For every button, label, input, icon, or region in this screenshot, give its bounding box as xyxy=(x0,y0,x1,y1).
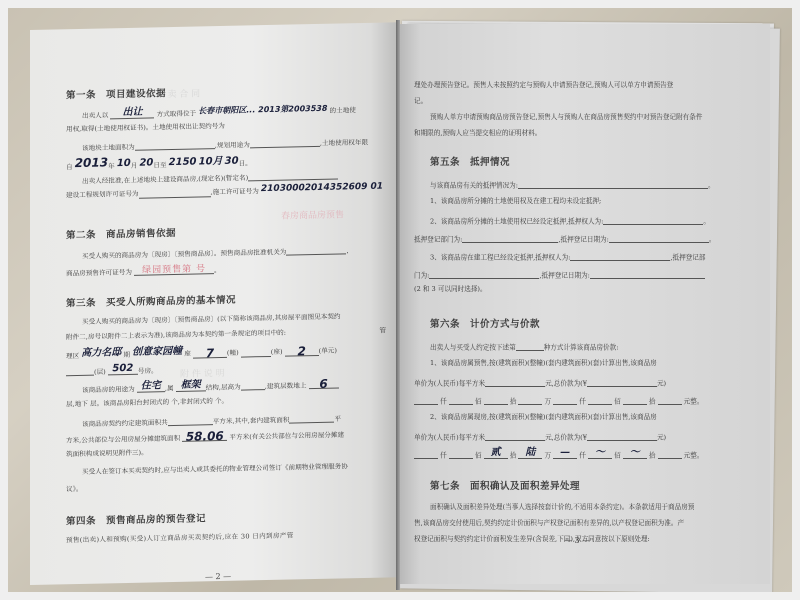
article7-line2: 售,该商品房交付使用后,契约约定计价面积与产权登记面积有差异的,以产权登记面积为… xyxy=(414,520,684,527)
cont-line4: 和期限的,预购人应当提交相应的证明材料。 xyxy=(414,130,541,137)
article3-line10: 买受人在签订本买卖契约时,应与出卖人或其委托的物业管理公司签订《前期物业管理服务… xyxy=(82,463,348,475)
amount-blank xyxy=(518,396,542,405)
amount-blank xyxy=(449,450,473,459)
amount-blank: 贰 xyxy=(484,450,508,459)
article6-m1-line2: 单价为(人民币)每平方米元,总价款为(¥元) xyxy=(414,378,666,387)
handwritten-shared-area: 58.06 xyxy=(186,429,224,444)
amount-blank: ～ xyxy=(588,450,612,459)
book-spine xyxy=(396,20,400,590)
amount-blank xyxy=(623,396,647,405)
article7-line3: 权登记面积与契约约定计价面积发生差异(含误差,下同),双方同意按以下原则处理: xyxy=(414,536,650,543)
article3-line1: 买受人购买的商品房为〔现房〕〔预售商品房〕(以下简称该商品房,其房屋平面图见本契… xyxy=(82,313,341,325)
article1-heading: 第一条项目建设依据 xyxy=(66,89,166,101)
page-number-left: — 2 — xyxy=(205,572,231,582)
article2-line2: 商品房预售许可证号为 绿园预售第 号。 xyxy=(66,265,221,277)
article6-heading: 第六条计价方式与价款 xyxy=(430,320,540,330)
article6-m2-line2: 单价为(人民币)每平方米元,总价款为(¥元) xyxy=(414,432,666,441)
cont-line3: 预购人单方申请预购商品房预告登记,预售人与预购人在商品房预售契约中对预告登记附有… xyxy=(430,114,702,121)
article3-line6: 层,地下 层。该商品房阳台封闭式的 个,非封闭式的 个。 xyxy=(66,398,228,408)
cont-line1: 理处办理预告登记。预售人未按照约定与预购人申请预告登记,预购人可以单方申请预告登 xyxy=(414,82,673,89)
amount-blank xyxy=(414,396,438,405)
article5-line1: 与该商品房有关的抵押情况为:。 xyxy=(430,180,715,189)
article5-heading: 第五条抵押情况 xyxy=(430,158,510,168)
article5-item3b: 门为:,抵押登记日期为: xyxy=(414,270,705,279)
article3-line8: 方米,公共部位与公用房屋分摊建筑面积 58.06 平方米(有关公共部位与公用房屋… xyxy=(66,429,344,444)
cont-line2: 记。 xyxy=(414,98,427,105)
article1-line3: 该地块土地面积为,规划用途为,土地使用权年限 xyxy=(82,137,368,152)
article3-line4: (层) 502号房。 xyxy=(66,365,158,376)
article6-m2-line1: 2、该商品房属现房,按(建筑面积)(整幢)(套内建筑面积)(套)计算出售,该商品… xyxy=(430,414,657,421)
presale-permit-stamp: 绿园预售第 号 xyxy=(142,264,206,275)
amount-blank xyxy=(658,396,682,405)
article7-heading: 第七条面积确认及面积差异处理 xyxy=(430,482,580,492)
article2-line1: 买受人购买的商品房为〔现房〕〔预售商品房〕。预售商品房批准机关为， xyxy=(82,245,353,260)
article5-note: (2 和 3 可以同时选择)。 xyxy=(414,286,487,293)
amount-blank: — xyxy=(553,450,577,459)
article3-line3: 理区 高力名邸 期 创意家园幢 座 7(幢) (座) 2(单元) xyxy=(66,346,337,362)
amount-blank: 陆 xyxy=(518,450,542,459)
handwritten-land-location: 长春市朝阳区... 2013第2003538 xyxy=(198,104,327,116)
article6-m1-line1: 1、该商品房属预售,按(建筑面积)(整幢)(套内建筑面积)(套)计算出售,该商品… xyxy=(430,360,657,367)
amount-blank xyxy=(588,396,612,405)
article5-item1: 1、该商品房所分摊的土地使用权及在建工程均未设定抵押; xyxy=(430,198,601,205)
article3-heading: 第三条买受人所购商品房的基本情况 xyxy=(66,296,236,309)
amount-blank xyxy=(449,396,473,405)
article6-m1-amount: 仟 佰 拾 万 仟 佰 拾 元整。 xyxy=(414,396,703,405)
article2-heading: 第二条商品房销售依据 xyxy=(66,229,176,241)
article3-line5: 该商品房的用途为 住宅,属 框架结构,层高为,建筑层数地上 6 xyxy=(82,380,339,394)
article4-heading: 第四条预售商品房的预告登记 xyxy=(66,514,206,526)
article7-line1: 面积确认及面积差异处理(当事人选择按套计价的,不适用本条约定)。本条款适用于商品… xyxy=(430,504,694,511)
left-page: 商 品 房 买 卖 合 同 附 件 说 明 第一条项目建设依据 出卖人以 出让 … xyxy=(30,22,400,585)
article6-m2-amount: 仟 佰 贰 拾 陆 万 — 仟 ～ 佰 ～ 拾 元整。 xyxy=(414,450,703,459)
article5-item3: 3、该商品房在建工程已经设定抵押,抵押权人为:,抵押登记部 xyxy=(430,252,705,261)
page-number-right: — 3 — xyxy=(564,536,590,545)
article5-item2: 2、该商品房所分摊的土地使用权已经设定抵押,抵押权人为:。 xyxy=(430,216,710,225)
article1-line2: 用权,取得(土地使用权证书)。土地使用权出让契约号为 xyxy=(66,123,225,133)
article3-line11: 议》。 xyxy=(66,486,82,493)
article1-line6: 建设工程规划许可证号为,施工许可证号为 21030002014352609 01 xyxy=(66,185,383,201)
article3-line2: 附件二,房号以附件二上表示为准),该商品房为本契约第一条规定的项目中的: 管 xyxy=(66,328,386,341)
handwritten-construction-permit: 21030002014352609 01 xyxy=(261,182,383,195)
right-page: 理处办理预告登记。预售人未按照约定与预购人申请预告登记,预购人可以单方申请预告登… xyxy=(398,24,770,584)
article6-line1: 出卖人与买受人约定按下述第种方式计算该商品房价款: xyxy=(430,342,618,351)
article1-line1: 出卖人以 出让 的土地使 方式取得位于 长春市朝阳区... 2013第20035… xyxy=(82,105,356,120)
amount-blank xyxy=(553,396,577,405)
article4-line1: 预售(出卖)人和预购(买受)人订立商品房买卖契约后,应在 30 日内到房产管 xyxy=(66,532,294,543)
amount-blank xyxy=(414,450,438,459)
amount-blank: ～ xyxy=(623,450,647,459)
article3-line7: 该商品房契约约定建筑面积共平方米,其中,套内建筑面积平 xyxy=(82,413,341,427)
left-page-content: 第一条项目建设依据 出卖人以 出让 的土地使 方式取得位于 长春市朝阳区... … xyxy=(66,85,386,92)
handwritten-land-method: 出让 xyxy=(122,107,142,118)
faint-stamp: 春房商品房预售 xyxy=(281,211,344,221)
article5-item2b: 抵押登记部门为:,抵押登记日期为:。 xyxy=(414,234,715,243)
amount-blank xyxy=(658,450,682,459)
article3-line9: 筑面积构成说明见附件三)。 xyxy=(66,450,148,458)
amount-blank xyxy=(484,396,508,405)
article1-line4: 自 2013年 10月 20日至 2150 10月 30日。 xyxy=(66,155,252,172)
